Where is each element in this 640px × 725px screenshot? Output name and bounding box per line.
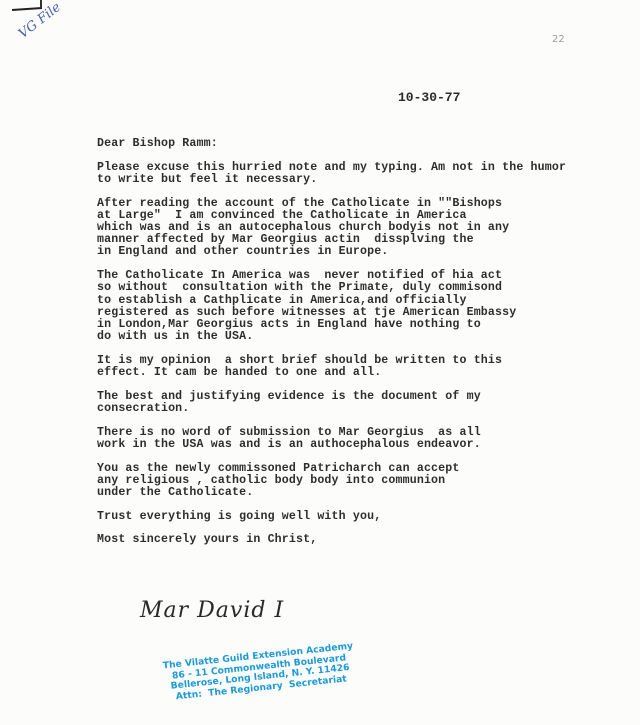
letter-paragraph: Most sincerely yours in Christ, <box>97 534 617 546</box>
text-line: so without consultation with the Primate… <box>97 282 617 294</box>
text-line: After reading the account of the Catholi… <box>97 198 617 210</box>
text-line: Most sincerely yours in Christ, <box>97 534 617 546</box>
address-stamp: The Vilatte Guild Extension Academy 86 -… <box>158 641 361 704</box>
pen-mark <box>12 7 42 11</box>
letter-paragraph: You as the newly commissoned Patricharch… <box>97 463 617 500</box>
text-line: work in the USA was and is an authocepha… <box>97 439 617 451</box>
text-line: in England and other countries in Europe… <box>97 246 617 258</box>
salutation: Dear Bishop Ramm: <box>97 138 617 150</box>
text-line: to establish a Cathplicate in America,an… <box>97 295 617 307</box>
letter-paragraph: It is my opinion a short brief should be… <box>97 355 617 379</box>
letter-date: 10-30-77 <box>398 90 460 105</box>
letter-paragraph: The Catholicate In America was never not… <box>97 270 617 343</box>
text-line: do with us in the USA. <box>97 331 617 343</box>
letter-page: VG File 22 10-30-77 Dear Bishop Ramm: Pl… <box>0 0 640 725</box>
text-line: under the Catholicate. <box>97 487 617 499</box>
letter-paragraph: Trust everything is going well with you, <box>97 511 617 523</box>
page-number: 22 <box>552 34 565 45</box>
signature: Mar David I <box>140 598 284 623</box>
letter-paragraph: Please excuse this hurried note and my t… <box>97 162 617 186</box>
text-line: effect. It cam be handed to one and all. <box>97 367 617 379</box>
pen-mark <box>40 0 42 8</box>
text-line: You as the newly commissoned Patricharch… <box>97 463 617 475</box>
letter-paragraph: The best and justifying evidence is the … <box>97 391 617 415</box>
paragraphs: Please excuse this hurried note and my t… <box>97 162 617 547</box>
letter-paragraph: After reading the account of the Catholi… <box>97 198 617 259</box>
text-line: consecration. <box>97 403 617 415</box>
letter-paragraph: There is no word of submission to Mar Ge… <box>97 427 617 451</box>
text-line: Trust everything is going well with you, <box>97 511 617 523</box>
text-line: to write but feel it necessary. <box>97 174 617 186</box>
letter-body: Dear Bishop Ramm: Please excuse this hur… <box>97 138 617 558</box>
